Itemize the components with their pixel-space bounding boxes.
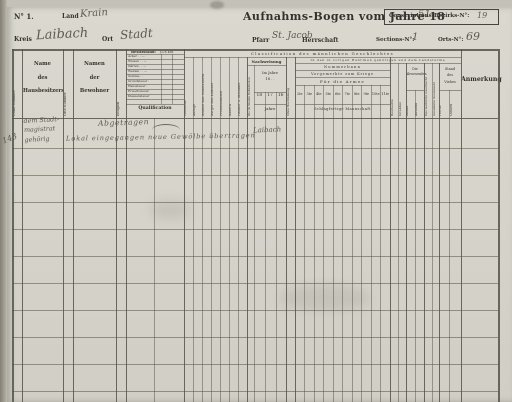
grid-line-vertical bbox=[371, 85, 372, 402]
column-cons-number: Cons.-Nummer bbox=[13, 52, 22, 116]
column-invaliden: Invaliden bbox=[399, 66, 406, 116]
grid-line-horizontal bbox=[295, 63, 461, 64]
armee-line1: In den in vorigen Rubriken gehörigen und… bbox=[295, 58, 461, 62]
repeated-cell: 9te bbox=[362, 92, 372, 103]
ort-value-handwritten: Stadt bbox=[120, 26, 154, 42]
handwriting-flourish bbox=[152, 124, 180, 130]
column-weibliches-geschlecht: Das weibliche Geschlecht bbox=[425, 66, 432, 116]
repeated-cell: 18 bbox=[254, 93, 265, 104]
repeated-cell: Beamte und Honoratioren bbox=[202, 58, 211, 117]
sections-label: Sections-N°: bbox=[376, 37, 414, 43]
kreis-value-handwritten: Laibach bbox=[36, 26, 89, 44]
repeated-cell: 7te bbox=[343, 92, 353, 103]
ort-label: Ort bbox=[102, 36, 113, 43]
grid-line-vertical bbox=[432, 63, 433, 402]
repeated-cell: Ochsen bbox=[450, 91, 461, 117]
grid-line-vertical bbox=[12, 49, 14, 402]
column-house-owner: Name des Hausbesitzers bbox=[23, 58, 62, 114]
grid-line-horizontal bbox=[184, 57, 461, 58]
grid-line-horizontal bbox=[439, 90, 461, 91]
entry-place: Laibach bbox=[253, 126, 281, 135]
repeated-cell: Inland bbox=[406, 91, 415, 117]
grid-line-vertical bbox=[276, 92, 277, 402]
grid-line-vertical bbox=[265, 92, 266, 402]
grid-line-horizontal bbox=[254, 104, 286, 105]
grid-line-horizontal bbox=[12, 175, 498, 176]
grid-line-vertical bbox=[22, 49, 23, 402]
abwesende-title: Die Abwesenden bbox=[406, 67, 424, 77]
classification-title: Classification des männlichen Geschlecht… bbox=[184, 51, 461, 56]
grid-line-vertical bbox=[398, 63, 399, 402]
nachweisung-title: Nachweisung bbox=[247, 59, 286, 64]
herrschaft-label: Herrschaft bbox=[302, 37, 338, 44]
vieh-title: Stand des Viehes bbox=[439, 66, 461, 85]
grid-line-vertical bbox=[352, 85, 353, 402]
armee-line3: Vorgemerkte zum Kriege bbox=[295, 72, 390, 76]
grid-line-vertical bbox=[461, 49, 462, 402]
grid-line-vertical bbox=[333, 85, 334, 402]
nachweisung-mid-label: Im Jahre 18 . . bbox=[254, 71, 286, 83]
armee-class-cells: 2te3te4te5te6te7te8te9te10te11te bbox=[295, 92, 390, 103]
grid-line-vertical bbox=[498, 49, 500, 402]
grid-line-horizontal bbox=[12, 256, 498, 257]
orts-number-label: Orts-N°: bbox=[438, 37, 463, 43]
sections-value-handwritten: 1 bbox=[412, 32, 418, 43]
grid-line-horizontal bbox=[12, 148, 498, 149]
grid-line-vertical bbox=[184, 49, 185, 402]
repeated-cell: Professionisten bbox=[220, 58, 229, 117]
column-ohne-bestimmung: Ohne Bestimmung bbox=[287, 60, 295, 116]
grid-line-horizontal bbox=[295, 104, 390, 105]
repeated-cell: Geistliche bbox=[184, 58, 193, 117]
property-box-footer: Qualification bbox=[127, 106, 183, 111]
grid-line-vertical bbox=[116, 49, 117, 402]
grid-line-vertical bbox=[323, 85, 324, 402]
grid-line-horizontal bbox=[12, 202, 498, 203]
armee-footer: Schlagfertige Mannschaft bbox=[295, 107, 390, 111]
grid-line-vertical bbox=[406, 63, 407, 402]
grid-line-vertical bbox=[304, 85, 305, 402]
conscription-district-label: Conscriptions-Bezirks-N°: bbox=[389, 13, 469, 19]
repeated-cell: 3te bbox=[305, 92, 315, 103]
repeated-cell: 16 bbox=[275, 93, 286, 104]
entry-owner: dem Stadt- magistrat gehörig bbox=[23, 115, 60, 145]
grid-line-vertical bbox=[73, 49, 74, 402]
conscription-district-box: Conscriptions-Bezirks-N°: 19 bbox=[384, 9, 499, 25]
column-religion: Religion bbox=[117, 52, 126, 116]
grid-line-vertical bbox=[154, 118, 155, 402]
vieh-subcolumns: PferdeOchsen bbox=[439, 91, 461, 117]
grid-line-horizontal bbox=[295, 70, 390, 71]
grid-line-vertical bbox=[380, 85, 381, 402]
column-beurlaubte: Beurlaubte bbox=[391, 66, 398, 116]
repeated-cell: Ausland bbox=[415, 91, 424, 117]
conscription-district-value: 19 bbox=[477, 11, 487, 20]
repeated-cell: Adelige bbox=[193, 58, 202, 117]
ink-smudge bbox=[210, 1, 224, 9]
armee-line4: Für die Armee bbox=[295, 79, 390, 84]
column-orts-number: Orts-Nummer bbox=[64, 52, 73, 116]
grid-line-horizontal bbox=[406, 90, 424, 91]
grid-line-vertical bbox=[126, 49, 127, 402]
repeated-cell: 17 bbox=[265, 93, 276, 104]
sheet-number: N° 1. bbox=[14, 12, 34, 21]
property-box-rows: Äcker . . —Wiesen . . —Gärten . . —Weide… bbox=[128, 54, 182, 99]
repeated-cell: Häusler u. Inwohner bbox=[238, 58, 247, 117]
repeated-cell: Bauern bbox=[229, 58, 238, 117]
grid-line-horizontal bbox=[12, 310, 498, 311]
paper-stain bbox=[280, 285, 370, 311]
grid-line-horizontal bbox=[12, 364, 498, 365]
kreis-label: Kreis bbox=[14, 36, 32, 43]
binding-edge bbox=[0, 0, 7, 402]
grid-line-horizontal bbox=[295, 85, 390, 86]
grid-line-vertical bbox=[424, 63, 425, 402]
grid-line-horizontal bbox=[247, 65, 286, 66]
scanned-form-sheet: N° 1. Land Krain Aufnahms-Bogen vom Jahr… bbox=[0, 0, 512, 402]
grid-line-horizontal bbox=[12, 391, 498, 392]
armee-line2: Nummerbann bbox=[295, 65, 390, 69]
grid-line-vertical bbox=[63, 49, 64, 402]
grid-line-horizontal bbox=[12, 49, 498, 51]
grid-line-horizontal bbox=[12, 229, 498, 230]
grid-line-horizontal bbox=[12, 118, 498, 119]
grid-line-vertical bbox=[254, 65, 255, 402]
orts-number-value-handwritten: 69 bbox=[466, 30, 480, 43]
grid-line-horizontal bbox=[12, 283, 498, 284]
nachweisung-year-cells: 181716 bbox=[254, 93, 286, 104]
grid-line-vertical bbox=[415, 90, 416, 402]
grid-line-vertical bbox=[361, 85, 362, 402]
grid-line-vertical bbox=[439, 63, 440, 402]
repeated-cell: 11te bbox=[381, 92, 391, 103]
nachweisung-footer: Jahre bbox=[254, 106, 286, 111]
grid-line-horizontal bbox=[12, 337, 498, 338]
column-anmerkung: Anmerkung bbox=[461, 76, 498, 83]
repeated-cell: 5te bbox=[324, 92, 334, 103]
grid-line-vertical bbox=[449, 90, 450, 402]
column-inhabitants: Namen der Bewohner bbox=[74, 58, 115, 114]
pfarr-label: Pfarr bbox=[252, 37, 269, 44]
grid-line-vertical bbox=[314, 85, 315, 402]
grid-line-horizontal bbox=[126, 104, 184, 105]
grid-line-vertical bbox=[342, 85, 343, 402]
land-value-handwritten: Krain bbox=[80, 7, 109, 20]
land-label: Land bbox=[62, 13, 79, 20]
grid-line-horizontal bbox=[295, 77, 390, 78]
grid-line-horizontal bbox=[254, 92, 286, 93]
repeated-cell: Bürger und Künstler bbox=[211, 58, 220, 117]
